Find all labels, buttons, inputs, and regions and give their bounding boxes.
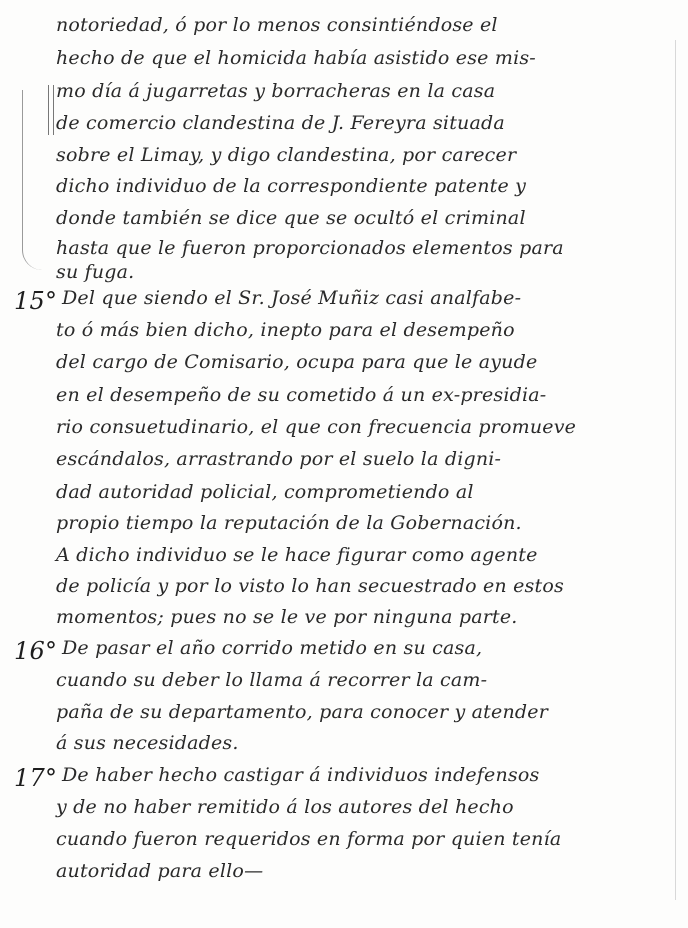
line-text: rio consuetudinario, el que con frecuenc… xyxy=(56,416,576,438)
line-text: De haber hecho castigar á individuos ind… xyxy=(62,764,539,786)
line-text: sobre el Limay, y digo clandestina, por … xyxy=(56,144,516,166)
line-text: cuando fueron requeridos en forma por qu… xyxy=(56,828,561,850)
text-line: de comercio clandestina de J. Fereyra si… xyxy=(0,112,688,146)
text-line: rio consuetudinario, el que con frecuenc… xyxy=(0,416,688,450)
text-line: notoriedad, ó por lo menos consintiéndos… xyxy=(0,14,688,48)
text-line: paña de su departamento, para conocer y … xyxy=(0,701,688,735)
line-text: De pasar el año corrido metido en su cas… xyxy=(62,637,482,659)
text-line: y de no haber remitido á los autores del… xyxy=(0,796,688,830)
text-line: autoridad para ello— xyxy=(0,860,688,894)
line-text: de comercio clandestina de J. Fereyra si… xyxy=(56,112,505,134)
text-line: propio tiempo la reputación de la Gobern… xyxy=(0,512,688,546)
numbered-paragraph-line: 15°Del que siendo el Sr. José Muñiz casi… xyxy=(0,287,688,321)
line-text: hecho de que el homicida había asistido … xyxy=(56,47,536,69)
line-text: escándalos, arrastrando por el suelo la … xyxy=(56,448,501,470)
text-line: á sus necesidades. xyxy=(0,732,688,766)
line-text: dicho individuo de la correspondiente pa… xyxy=(56,175,526,197)
numbered-paragraph-line: 16°De pasar el año corrido metido en su … xyxy=(0,637,688,671)
manuscript-page: notoriedad, ó por lo menos consintiéndos… xyxy=(0,0,688,928)
text-line: escándalos, arrastrando por el suelo la … xyxy=(0,448,688,482)
line-text: notoriedad, ó por lo menos consintiéndos… xyxy=(56,14,498,36)
text-line: del cargo de Comisario, ocupa para que l… xyxy=(0,351,688,385)
text-line: cuando fueron requeridos en forma por qu… xyxy=(0,828,688,862)
line-text: hasta que le fueron proporcionados eleme… xyxy=(56,237,564,259)
text-line: hecho de que el homicida había asistido … xyxy=(0,47,688,81)
line-text: autoridad para ello— xyxy=(56,860,263,882)
line-text: en el desempeño de su cometido á un ex-p… xyxy=(56,384,546,406)
line-text: Del que siendo el Sr. José Muñiz casi an… xyxy=(62,287,521,309)
line-text: mo día á jugarretas y borracheras en la … xyxy=(56,80,495,102)
line-text: donde también se dice que se ocultó el c… xyxy=(56,207,526,229)
line-text: de policía y por lo visto lo han secuest… xyxy=(56,575,564,597)
line-text: momentos; pues no se le ve por ninguna p… xyxy=(56,606,518,628)
text-line: to ó más bien dicho, inepto para el dese… xyxy=(0,319,688,353)
text-line: donde también se dice que se ocultó el c… xyxy=(0,207,688,241)
line-text: su fuga. xyxy=(56,261,134,283)
paragraph-number: 17° xyxy=(14,764,57,792)
paragraph-number: 16° xyxy=(14,637,57,665)
text-line: dad autoridad policial, comprometiendo a… xyxy=(0,481,688,515)
line-text: y de no haber remitido á los autores del… xyxy=(56,796,514,818)
line-text: A dicho individuo se le hace figurar com… xyxy=(56,544,538,566)
text-line: de policía y por lo visto lo han secuest… xyxy=(0,575,688,609)
line-text: to ó más bien dicho, inepto para el dese… xyxy=(56,319,515,341)
text-line: A dicho individuo se le hace figurar com… xyxy=(0,544,688,578)
text-line: cuando su deber lo llama á recorrer la c… xyxy=(0,669,688,703)
line-text: dad autoridad policial, comprometiendo a… xyxy=(56,481,474,503)
text-line: sobre el Limay, y digo clandestina, por … xyxy=(0,144,688,178)
paragraph-number: 15° xyxy=(14,287,57,315)
line-text: propio tiempo la reputación de la Gobern… xyxy=(56,512,522,534)
line-text: paña de su departamento, para conocer y … xyxy=(56,701,548,723)
line-text: del cargo de Comisario, ocupa para que l… xyxy=(56,351,537,373)
text-line: mo día á jugarretas y borracheras en la … xyxy=(0,80,688,114)
numbered-paragraph-line: 17°De haber hecho castigar á individuos … xyxy=(0,764,688,798)
line-text: cuando su deber lo llama á recorrer la c… xyxy=(56,669,487,691)
text-line: momentos; pues no se le ve por ninguna p… xyxy=(0,606,688,640)
line-text: á sus necesidades. xyxy=(56,732,239,754)
text-line: dicho individuo de la correspondiente pa… xyxy=(0,175,688,209)
text-line: en el desempeño de su cometido á un ex-p… xyxy=(0,384,688,418)
